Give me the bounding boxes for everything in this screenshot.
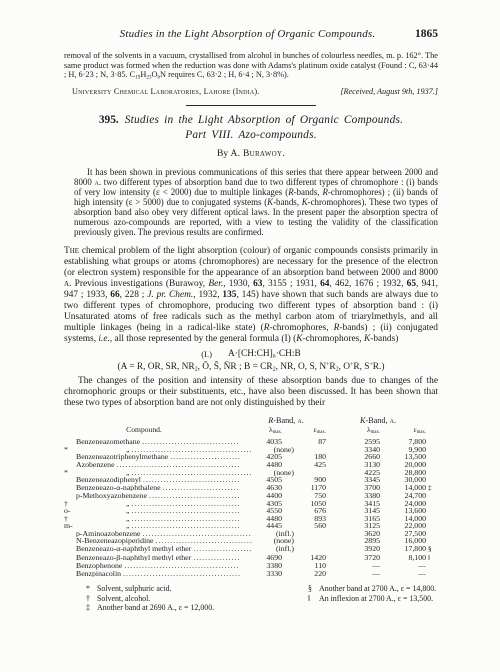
compound-cell: „ (76, 500, 242, 508)
k-band-lambda: 3720 (326, 554, 380, 562)
r-band-epsilon: 1170 (282, 484, 326, 492)
dotted-leader (170, 453, 240, 461)
compound-cell: Benzeneazomethane (76, 438, 242, 446)
table-row: m-„4445560312522,000 (64, 522, 438, 530)
compound-cell: „ (76, 507, 242, 515)
r-band-group-header: R-Band, a. (244, 416, 328, 426)
compound-name: Benzeneazo-β-naphthyl methyl ether (76, 554, 191, 562)
footnote-line: *Solvent, sulphuric acid. (86, 584, 308, 594)
compound-name: Benzeneazotriphenylmethane (76, 453, 168, 461)
dotted-leader (131, 469, 252, 477)
dotted-leader (131, 446, 252, 454)
compound-cell: „ (76, 469, 254, 477)
r-lambda-header: λmax. (242, 425, 282, 437)
previous-article-end: removal of the solvents in a vacuum, cry… (64, 51, 438, 96)
previous-article-paragraph: removal of the solvents in a vacuum, cry… (64, 51, 438, 83)
footnote-text: Another band at 2690 A., ε = 12,000. (97, 603, 308, 613)
byline: By A. Burawoy. (64, 149, 438, 159)
compound-cell: Benzeneazo-β-naphthyl methyl ether (76, 554, 242, 562)
compound-name: N-Benzeneazopiperidine (76, 537, 154, 545)
compound-cell: Benzeneazo-α-naphthyl methyl ether (76, 545, 254, 553)
footnote-line: ‖An inflexion at 2700 A., ε = 13,500. (308, 594, 438, 604)
changes-paragraph: The changes of the position and intensit… (64, 376, 438, 409)
footnote-symbol: ‡ (86, 603, 97, 613)
author-name: A. Burawoy. (230, 149, 285, 159)
footnote-line: ‡Another band at 2690 A., ε = 12,000. (86, 603, 308, 613)
table-row: p-Aminoazobenzene(infl.)362027,500 (64, 530, 438, 538)
dotted-leader (193, 554, 240, 562)
compound-name: Benzeneazomethane (76, 438, 140, 446)
table-footnotes: *Solvent, sulphuric acid.†Solvent, alcoh… (64, 584, 438, 613)
r-band-lambda: 3330 (242, 570, 282, 578)
compound-name: p-Methoxyazobenzene (76, 492, 147, 500)
dotted-leader (131, 500, 240, 508)
dotted-leader (143, 476, 240, 484)
compound-name: „ (126, 446, 129, 454)
table-row: Benzpinacolin3330220—— (64, 570, 438, 578)
dotted-leader (117, 461, 240, 469)
footnote-text: Solvent, alcohol. (97, 594, 308, 604)
compound-cell: Benzeneazodiphenyl (76, 476, 242, 484)
table-row: †„43051050341524,000 (64, 500, 438, 508)
footnote-text: An inflexion at 2700 A., ε = 13,500. (319, 594, 438, 604)
dotted-leader (124, 562, 240, 570)
compound-name: Benzeneazo-α-naphthyl methyl ether (76, 545, 191, 553)
row-marker: * (64, 469, 76, 477)
k-band-epsilon: — (380, 570, 426, 578)
table-group-header: R-Band, a. K-Band, a. (64, 416, 438, 426)
compound-cell: „ (76, 515, 242, 523)
table-row: Benzeneazomethane40358725957,800 (64, 438, 438, 446)
dotted-leader (142, 438, 240, 446)
r-band-lambda: 4690 (242, 554, 282, 562)
footnote-symbol: * (86, 584, 97, 594)
k-band-lambda: 3920 (326, 545, 380, 553)
dotted-leader (123, 570, 240, 578)
dotted-leader (131, 507, 240, 515)
k-band-lambda: — (326, 570, 380, 578)
table-row: p-Methoxyazobenzene4400750338024,700 (64, 492, 438, 500)
affiliation: University Chemical Laboratories, Lahore… (64, 87, 260, 96)
footnote-line: §Another band at 2700 A., ε = 14,800. (308, 584, 438, 594)
compound-name: Azobenzene (76, 461, 115, 469)
compound-cell: p-Methoxyazobenzene (76, 492, 242, 500)
k-band-epsilon: 8,100 (380, 554, 426, 562)
formula-block: (I.) A·[CH:CH]n·CH:B (64, 349, 438, 359)
compound-cell: Benzeneazotriphenylmethane (76, 453, 242, 461)
k-epsilon-header: εmax. (380, 425, 426, 437)
compound-cell: Benzophenone (76, 562, 242, 570)
running-head: Studies in the Light Absorption of Organ… (64, 28, 438, 40)
article-header: 395.Studies in the Light Absorption of O… (64, 113, 438, 159)
compound-cell: N-Benzeneazopiperidine (76, 537, 254, 545)
table-body: Benzeneazomethane40358725957,800*„(none)… (64, 438, 438, 577)
compound-cell: Azobenzene (76, 461, 242, 469)
table-row: Benzeneazo-α-naphthalene46301170370014,0… (64, 484, 438, 493)
table-row: o-„4550676314513,600 (64, 507, 438, 515)
formula-substituents: (A = R, OR, SR, NR2, Ō, S̄, N̄R ; B = CR… (64, 362, 438, 372)
footnote-symbol: ‖ (308, 594, 319, 604)
compound-name: „ (126, 500, 129, 508)
row-marker: * (64, 446, 76, 454)
footnotes-left-column: *Solvent, sulphuric acid.†Solvent, alcoh… (86, 584, 308, 613)
intro-paragraph: The chemical problem of the light absorp… (64, 246, 438, 345)
compound-name: Benzophenone (76, 562, 122, 570)
table-row: †„4480893316514,000 (64, 515, 438, 523)
footnote-text: Another band at 2700 A., ε = 14,800. (319, 584, 438, 594)
compound-cell: „ (76, 446, 254, 454)
dotted-leader (163, 484, 240, 492)
k-band-epsilon: 17,800 (380, 545, 426, 553)
k-band-lambda: 3700 (326, 484, 380, 492)
compound-name: Benzeneazo-α-naphthalene (76, 484, 161, 492)
compound-name: „ (126, 522, 129, 530)
table-row: Benzeneazotriphenylmethane4205180266013,… (64, 453, 438, 461)
r-band-epsilon: 1420 (282, 554, 326, 562)
table-row: Azobenzene4480425313020,000 (64, 461, 438, 469)
absorption-table: R-Band, a. K-Band, a. Compound. λmax. εm… (64, 416, 438, 578)
affiliation-row: University Chemical Laboratories, Lahore… (64, 87, 438, 96)
r-band-lambda: 4630 (242, 484, 282, 492)
k-band-group-header: K-Band, a. (328, 416, 428, 426)
footnote-ref: ‡ (426, 485, 438, 493)
compound-name: p-Aminoazobenzene (76, 530, 141, 538)
footnote-line: †Solvent, alcohol. (86, 594, 308, 604)
compound-cell: Benzeneazo-α-naphthalene (76, 484, 242, 492)
footnote-symbol: § (308, 584, 319, 594)
table-row: Benzeneazo-α-naphthyl methyl ether(infl.… (64, 545, 438, 554)
article-title-line2: Part VIII. Azo-compounds. (185, 129, 317, 141)
compound-name: Benzeneazodiphenyl (76, 476, 141, 484)
compound-name: „ (126, 515, 129, 523)
abstract-paragraph: It has been shown in previous communicat… (74, 168, 438, 237)
compound-cell: „ (76, 522, 242, 530)
general-formula: A·[CH:CH]n·CH:B (228, 349, 301, 359)
article-number: 395. (99, 114, 119, 126)
r-band-lambda: (infl.) (254, 545, 294, 553)
footnote-text: Solvent, sulphuric acid. (97, 584, 308, 594)
footnote-symbol: † (86, 594, 97, 604)
running-head-title: Studies in the Light Absorption of Organ… (64, 28, 401, 40)
dotted-leader (131, 522, 240, 530)
dotted-leader (193, 545, 252, 553)
k-lambda-header: λmax. (326, 425, 380, 437)
page-number: 1865 (401, 28, 438, 40)
compound-name: Benzpinacolin (76, 570, 121, 578)
footnote-ref: § (426, 546, 438, 554)
section-divider-rule (186, 105, 316, 106)
compound-cell: Benzpinacolin (76, 570, 242, 578)
table-row: Benzophenone3380110—— (64, 562, 438, 570)
article-title: 395.Studies in the Light Absorption of O… (64, 113, 438, 143)
table-row: *„(none)422528,800 (64, 469, 438, 477)
row-marker: m- (64, 522, 76, 530)
dotted-leader (143, 530, 252, 538)
footnote-ref: ‖ (426, 555, 438, 563)
k-band-epsilon: 14,000 (380, 484, 426, 492)
table-row: Benzeneazo-β-naphthyl methyl ether469014… (64, 554, 438, 563)
byline-prefix: By (217, 149, 230, 159)
r-band-epsilon: 220 (282, 570, 326, 578)
received-date: [Received, August 9th, 1937.] (340, 87, 438, 96)
compound-cell: p-Aminoazobenzene (76, 530, 254, 538)
dotted-leader (156, 537, 253, 545)
compound-column-header: Compound. (76, 425, 242, 434)
article-title-line1: Studies in the Light Absorption of Organ… (125, 114, 403, 126)
formula-label: (I.) (201, 349, 212, 359)
table-row: *„(none)33409,900 (64, 446, 438, 454)
table-column-header: Compound. λmax. εmax. λmax. εmax. (64, 425, 438, 437)
r-epsilon-header: εmax. (282, 425, 326, 437)
table-row: N-Benzeneazopiperidine(none)289516,000 (64, 537, 438, 545)
footnotes-right-column: §Another band at 2700 A., ε = 14,800.‖An… (308, 584, 438, 613)
dotted-leader (131, 515, 240, 523)
compound-name: „ (126, 469, 129, 477)
journal-page: Studies in the Light Absorption of Organ… (0, 0, 500, 672)
compound-name: „ (126, 507, 129, 515)
dotted-leader (149, 492, 240, 500)
table-row: Benzeneazodiphenyl4505900334530,000 (64, 476, 438, 484)
